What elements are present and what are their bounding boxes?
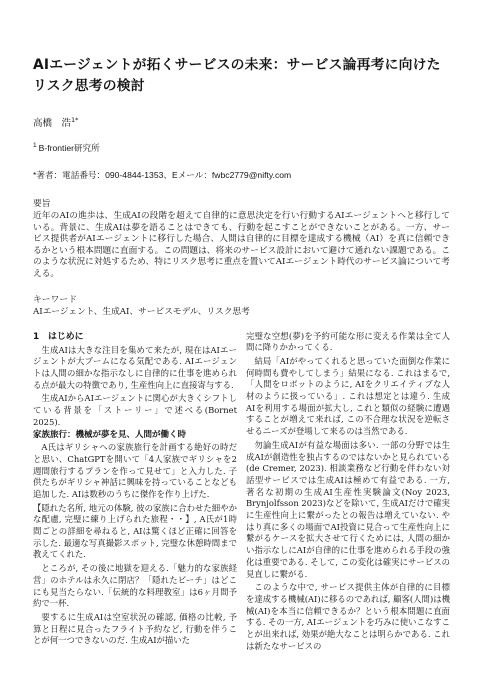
author-superscript: 1* xyxy=(71,116,78,124)
keywords-text: AIエージェント、生成AI、サービスモデル、リスク思考 xyxy=(33,307,450,319)
left-column: 1 はじめに 生成AIは大きな注目を集めて来たが, 現在はAIエージェントが大ブ… xyxy=(33,331,237,653)
story-subheading: 家族旅行：機械が夢を見、人間が働く時 xyxy=(33,430,237,442)
author-name: 高橋 浩 xyxy=(33,118,71,129)
paragraph: 生成AIは大きな注目を集めて来たが, 現在はAIエージェントが大ブームになる気配… xyxy=(33,345,237,392)
paper-title: AIエージェントが拓くサービスの未来：サービス論再考に向けたリスク思考の検討 xyxy=(33,55,450,97)
paragraph: A氏はギリシャへの家族旅行を計画する絶好の時だと思い、ChatGPTを開いて「4… xyxy=(33,442,237,501)
paragraph: 勿論生成AIが有益な場面は多い. 一部の分野では生成AIが創造性を独占するのでは… xyxy=(246,440,450,580)
paragraph: 要するに生成AIは空室状況の確認, 価格の比較, 予算と日程に見合ったフライト予… xyxy=(33,612,237,647)
paragraph: 生成AIからAIエージェントに関心が大きくシフトしている背景を「ストーリー」で述… xyxy=(33,393,237,428)
paragraph-continuation: 完璧な空想(夢)を予約可能な形に変える作業は全て人間に降りかかってくる. xyxy=(246,331,450,354)
affiliation-line: 1B-frontier研究所 xyxy=(33,143,450,153)
paragraph: 結局「AIがやってくれると思っていた面倒な作業に何時間も費やしてしまう」結果にな… xyxy=(246,356,450,438)
section-1-heading: 1 はじめに xyxy=(33,331,237,343)
abstract-heading: 要旨 xyxy=(33,199,450,210)
paragraph: 【隠れた名所, 地元の体験, 彼の家族に合わせた細やかな配慮, 完璧に練り上げら… xyxy=(33,503,237,562)
affiliation-superscript: 1 xyxy=(33,142,37,149)
paragraph: ところが, その後に地獄を迎える.「魅力的な家族経営」のホテルは永久に閉店？「隠… xyxy=(33,563,237,610)
contact-line: *著者：電話番号：090-4844-1353、Eメール：fwbc2779@nif… xyxy=(33,170,450,180)
right-column: 完璧な空想(夢)を予約可能な形に変える作業は全て人間に降りかかってくる. 結局「… xyxy=(246,331,450,653)
paper-page: AIエージェントが拓くサービスの未来：サービス論再考に向けたリスク思考の検討 高… xyxy=(0,0,480,678)
paragraph: このような中で, サービス提供主体が自律的に目標を達成する機械(AI)に移るので… xyxy=(246,582,450,652)
author-line: 高橋 浩1* xyxy=(33,118,450,129)
abstract-text: 近年のAIの進歩は、生成AIの段階を超えて自律的に意思決定を行い行動するAIエー… xyxy=(33,211,450,280)
body-columns: 1 はじめに 生成AIは大きな注目を集めて来たが, 現在はAIエージェントが大ブ… xyxy=(33,331,450,653)
affiliation-name: B-frontier研究所 xyxy=(39,143,100,153)
keywords-heading: キーワード xyxy=(33,295,450,306)
